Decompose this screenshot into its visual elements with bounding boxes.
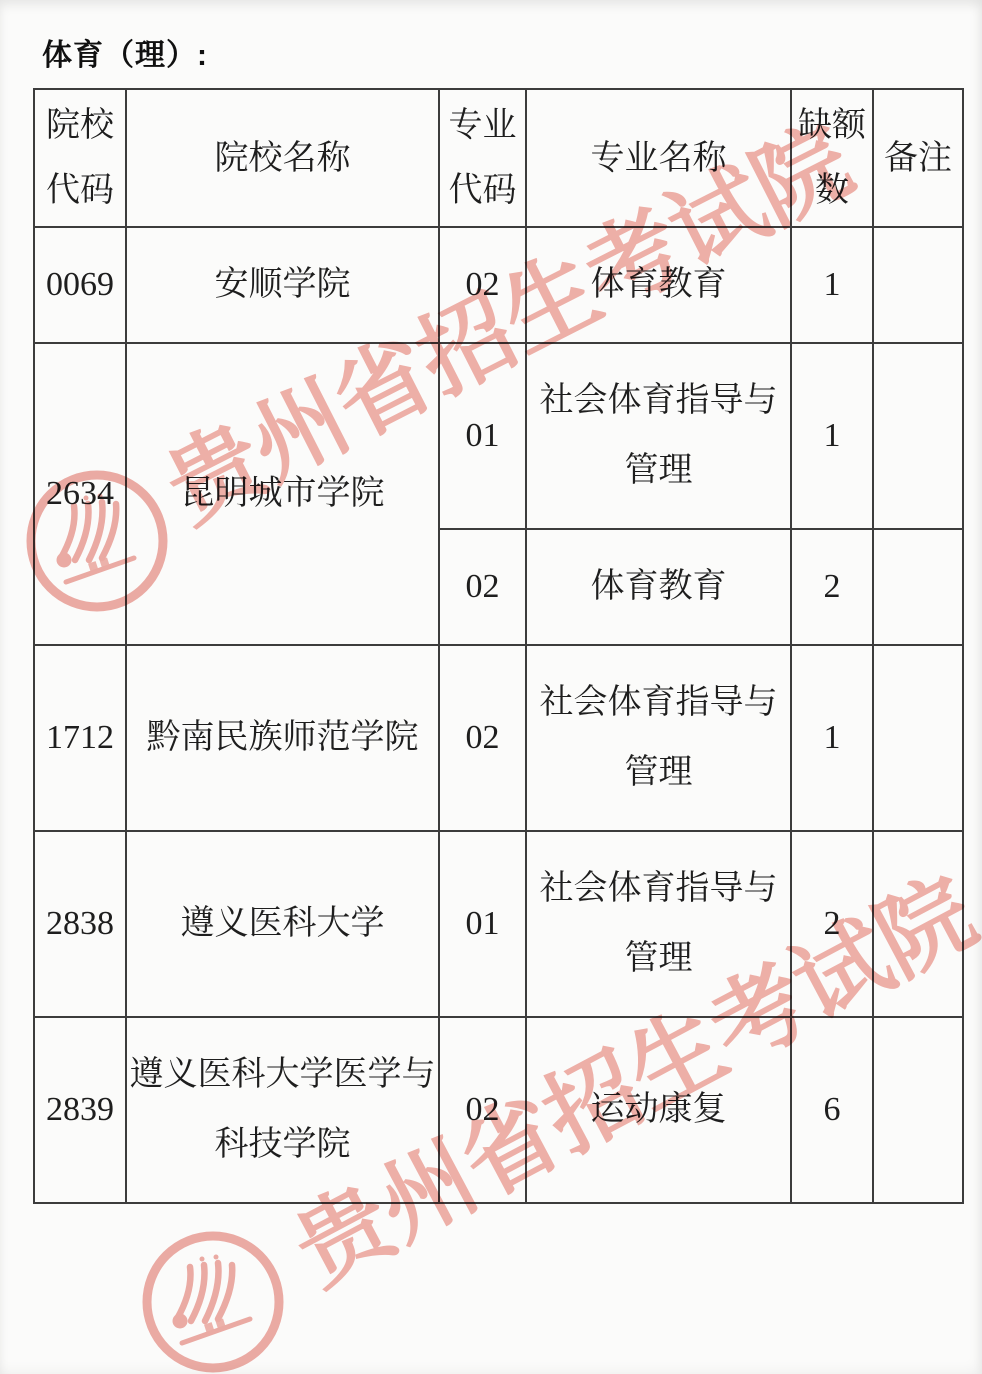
header-major-name: 专业名称 — [526, 89, 791, 227]
remarks-cell — [873, 529, 963, 645]
major-code-cell: 02 — [439, 227, 526, 343]
college-name-cell: 安顺学院 — [126, 227, 439, 343]
official-seal-icon — [138, 1227, 288, 1374]
page-title: 体育（理）: — [42, 30, 208, 74]
table-header: 院校代码 院校名称 专业代码 专业名称 缺额数 备注 — [34, 89, 963, 227]
remarks-cell — [873, 227, 963, 343]
remarks-cell — [873, 645, 963, 831]
major-code-cell: 02 — [439, 645, 526, 831]
table-row: 2634昆明城市学院01社会体育指导与管理1 — [34, 343, 963, 529]
college-code-cell: 1712 — [34, 645, 126, 831]
college-code-cell: 0069 — [34, 227, 126, 343]
college-name-cell: 遵义医科大学医学与科技学院 — [126, 1017, 439, 1203]
vacancy-count-cell: 2 — [791, 831, 873, 1017]
remarks-cell — [873, 343, 963, 529]
major-code-cell: 01 — [439, 831, 526, 1017]
major-name-cell: 体育教育 — [526, 227, 791, 343]
remarks-cell — [873, 831, 963, 1017]
college-code-cell: 2839 — [34, 1017, 126, 1203]
table-row: 0069安顺学院02体育教育1 — [34, 227, 963, 343]
remarks-cell — [873, 1017, 963, 1203]
header-major-code: 专业代码 — [439, 89, 526, 227]
vacancy-count-cell: 2 — [791, 529, 873, 645]
major-code-cell: 02 — [439, 529, 526, 645]
table-row: 2838遵义医科大学01社会体育指导与管理2 — [34, 831, 963, 1017]
vacancy-count-cell: 1 — [791, 227, 873, 343]
header-row: 院校代码 院校名称 专业代码 专业名称 缺额数 备注 — [34, 89, 963, 227]
vacancy-count-cell: 1 — [791, 645, 873, 831]
header-college-name: 院校名称 — [126, 89, 439, 227]
major-name-cell: 社会体育指导与管理 — [526, 831, 791, 1017]
header-college-code: 院校代码 — [34, 89, 126, 227]
college-code-cell: 2838 — [34, 831, 126, 1017]
table-body: 0069安顺学院02体育教育12634昆明城市学院01社会体育指导与管理102体… — [34, 227, 963, 1203]
major-code-cell: 02 — [439, 1017, 526, 1203]
document-page: 体育（理）: 院校代码 院校名称 专业代码 专业名称 缺额数 备注 0069安顺… — [0, 0, 982, 1374]
header-remarks: 备注 — [873, 89, 963, 227]
major-code-cell: 01 — [439, 343, 526, 529]
header-vacancy-count: 缺额数 — [791, 89, 873, 227]
vacancy-count-cell: 6 — [791, 1017, 873, 1203]
table-row: 1712黔南民族师范学院02社会体育指导与管理1 — [34, 645, 963, 831]
major-name-cell: 社会体育指导与管理 — [526, 645, 791, 831]
college-name-cell: 遵义医科大学 — [126, 831, 439, 1017]
vacancy-count-cell: 1 — [791, 343, 873, 529]
major-name-cell: 体育教育 — [526, 529, 791, 645]
college-name-cell: 昆明城市学院 — [126, 343, 439, 645]
college-name-cell: 黔南民族师范学院 — [126, 645, 439, 831]
table-row: 2839遵义医科大学医学与科技学院02运动康复6 — [34, 1017, 963, 1203]
vacancy-table: 院校代码 院校名称 专业代码 专业名称 缺额数 备注 0069安顺学院02体育教… — [33, 88, 964, 1204]
major-name-cell: 社会体育指导与管理 — [526, 343, 791, 529]
major-name-cell: 运动康复 — [526, 1017, 791, 1203]
college-code-cell: 2634 — [34, 343, 126, 645]
